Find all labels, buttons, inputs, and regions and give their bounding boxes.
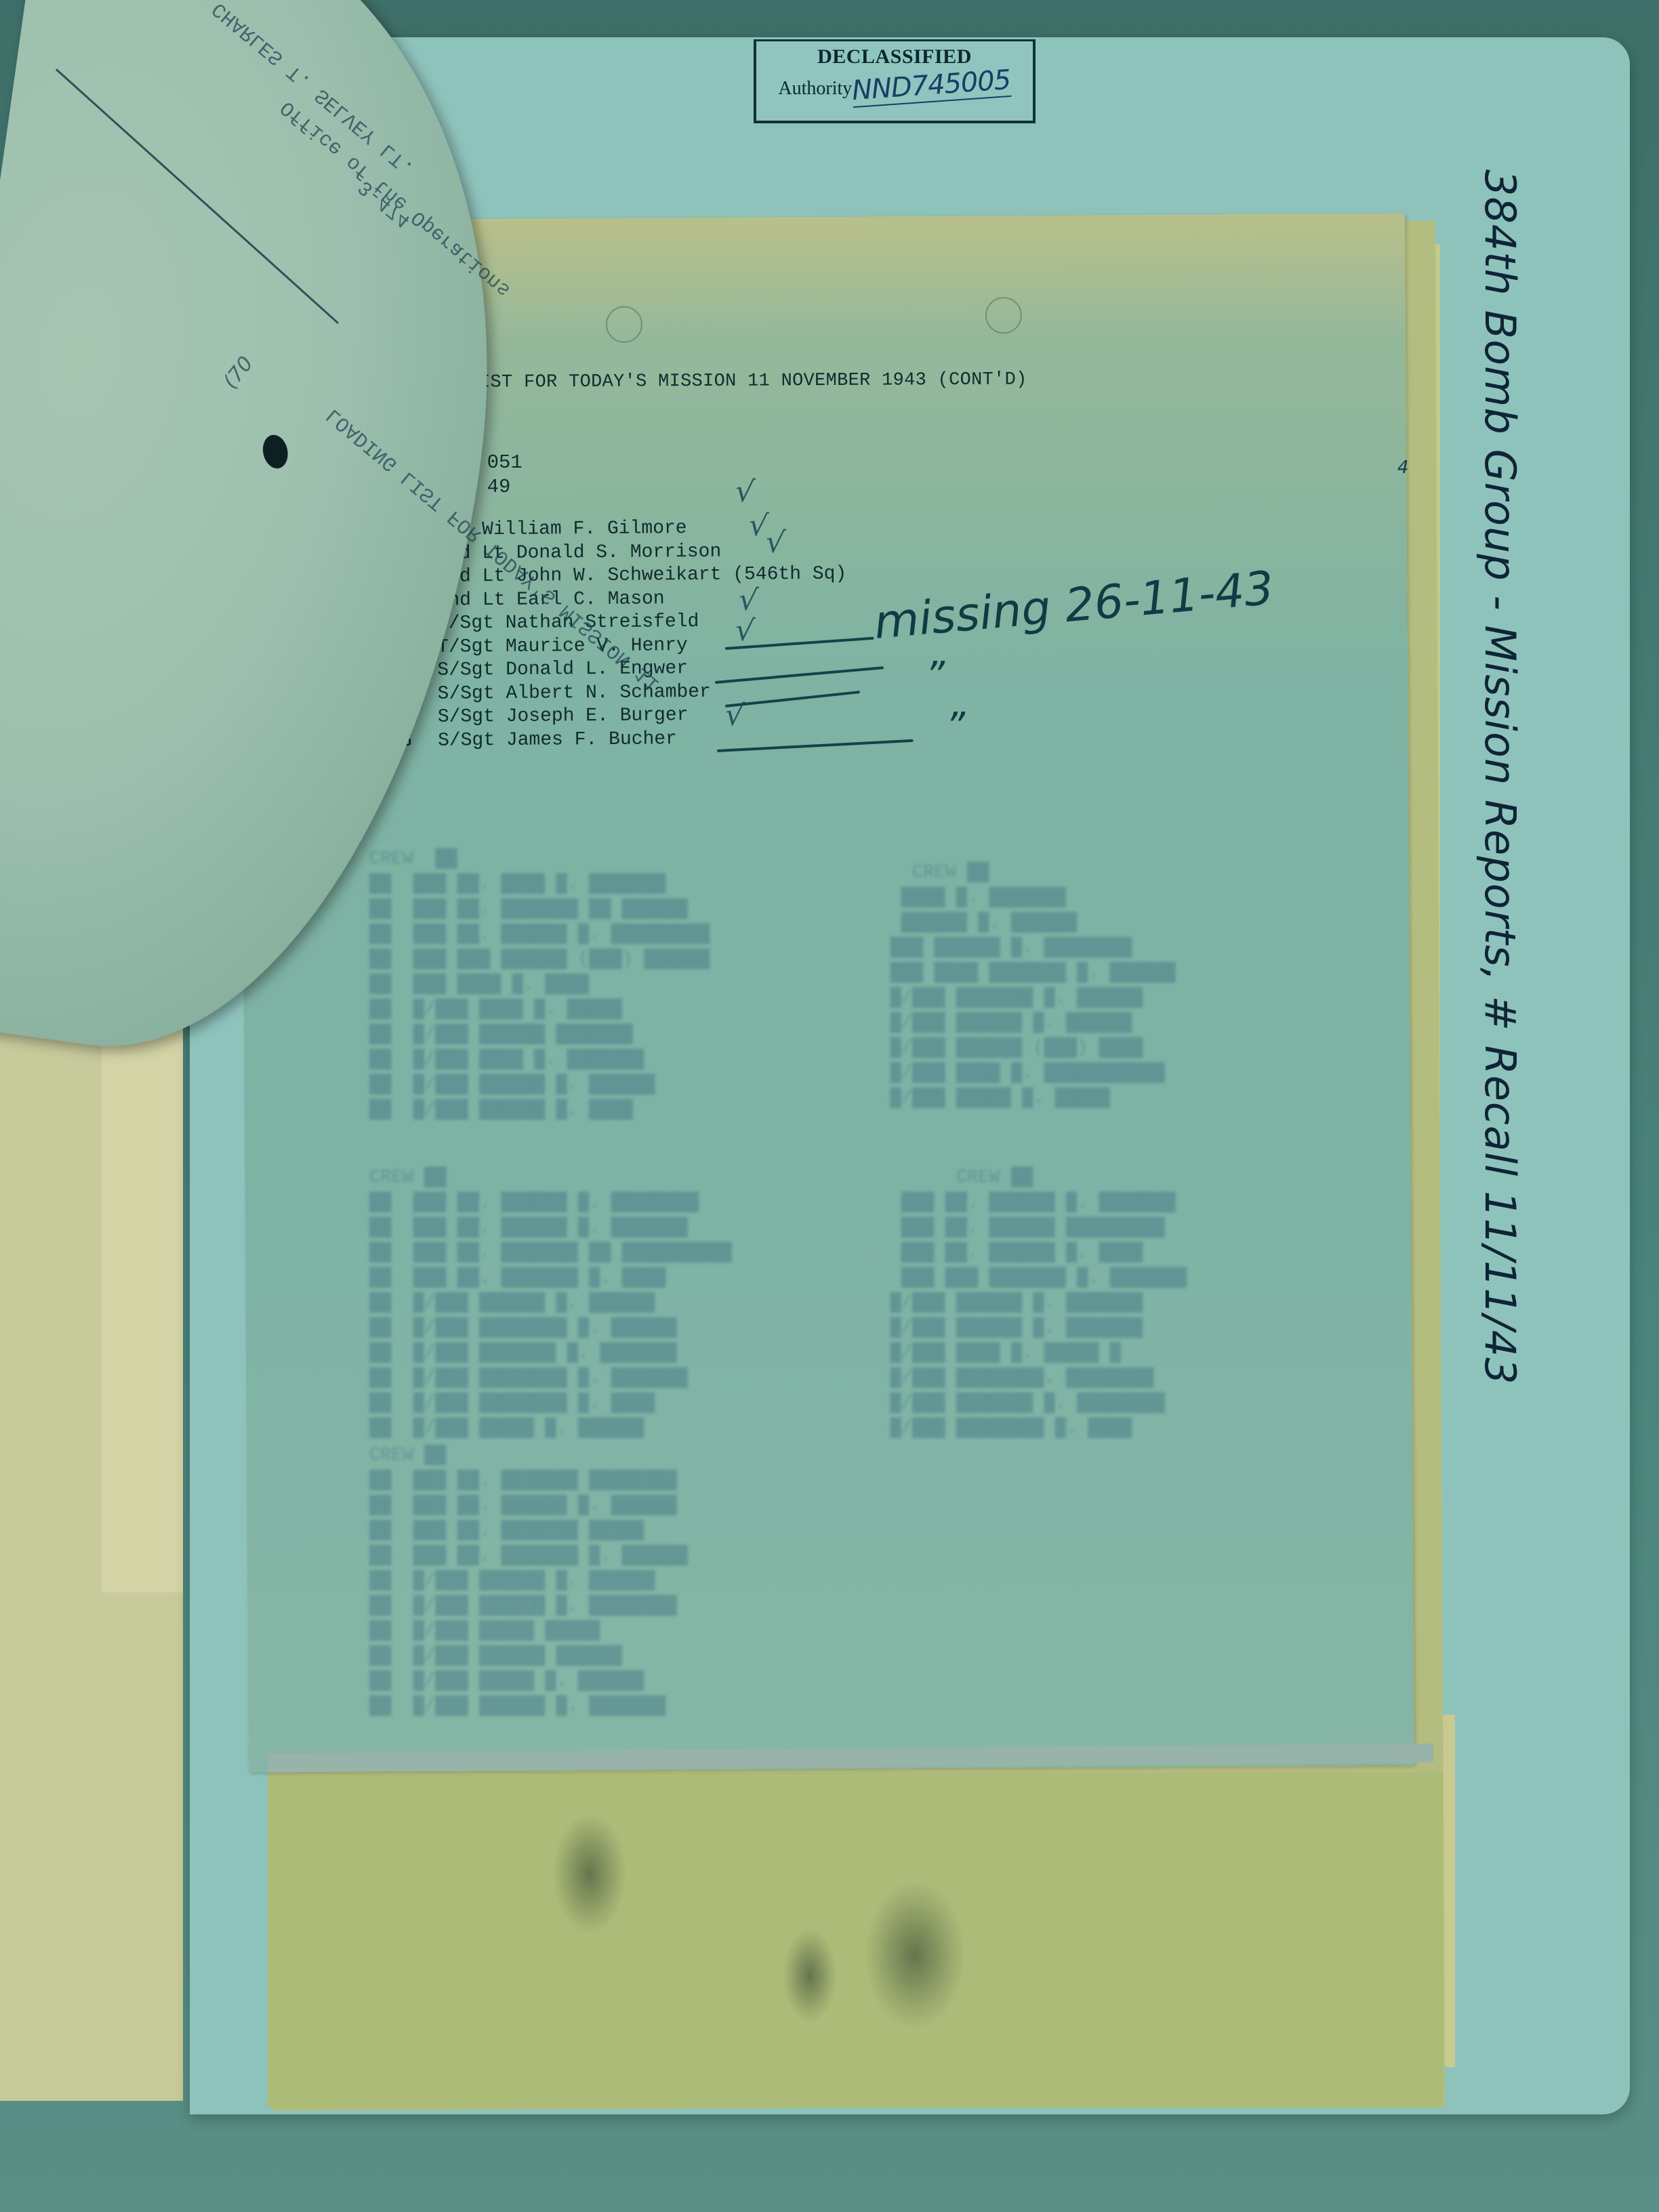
punch-hole [606,306,642,343]
crew-row: TGS/Sgt Albert N. Schamber [363,680,847,707]
crew-name: S/Sgt James F. Bucher [438,729,677,751]
declassified-stamp: DECLASSIFIED Authority NND745005 [754,39,1036,123]
bleed-through-text: CREW ██ ██ ███ ██. ████ █. ███████ ██ ██… [369,847,710,1123]
crew-name: S/Sgt Albert N. Schamber [437,681,710,704]
ditto-mark: ” [925,654,945,698]
bleed-through-text: CREW ██ ██ ███ ██. ███████ ████████ ██ █… [369,1443,688,1719]
checkmark-icon: √ [764,525,786,561]
checkmark-icon: √ [733,613,756,649]
checkmark-icon: √ [733,474,756,510]
bleed-through-text: CREW ██ ██ ███ ██. ██████ █. ████████ ██… [369,1166,732,1441]
stamp-authority-label: Authority [778,78,852,100]
bleed-through-text: CREW ██ ████ █. ███████ ██████ █. ██████… [857,861,1176,1111]
punch-hole [985,297,1022,333]
fingerprint-smudge [552,1813,627,1935]
crew-name: S/Sgt Joseph E. Burger [438,705,689,728]
fingerprint-smudge [864,1881,966,2030]
folder-handwritten-label: 384th Bomb Group - Mission Reports, # Re… [1475,169,1525,1385]
crew-name: T/Sgt Maurice V. Henry [437,635,688,658]
bleed-through-text: CREW ██ ███ ██. ██████ █. ███████ ███ ██… [857,1166,1187,1441]
stamp-authority-value: NND745005 [851,64,1012,108]
curled-page-handwriting: (70 [218,352,258,393]
lower-card [268,1772,1443,2108]
fingerprint-smudge [783,1928,837,2023]
crew-row: ✓FGS/Sgt Joseph E. Burger [363,704,848,731]
ditto-mark: ” [945,705,965,749]
ink-blot [260,432,291,470]
margin-number: 4 [1397,457,1409,478]
crew-row: FGS/Sgt James F. Bucher [363,727,848,754]
